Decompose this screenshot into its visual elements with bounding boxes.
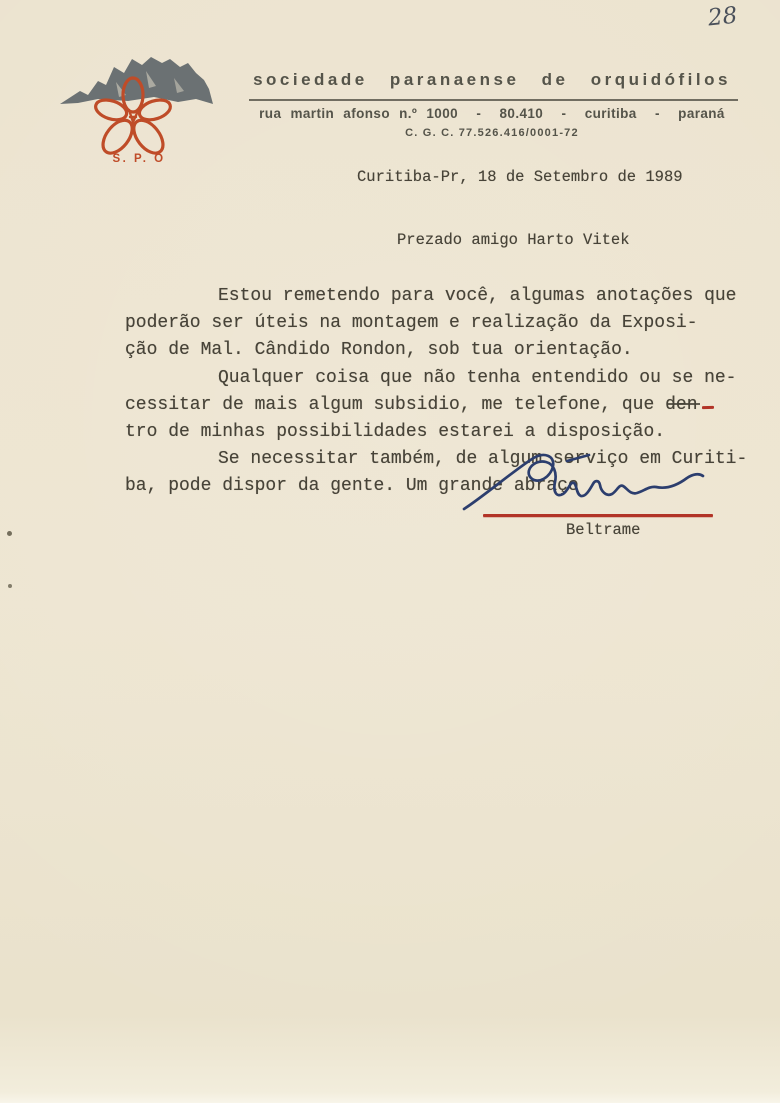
typed-signature-name: Beltrame xyxy=(566,521,640,539)
body-line: poderão ser úteis na montagem e realizaç… xyxy=(125,310,755,337)
salutation: Prezado amigo Harto Vitek xyxy=(397,231,630,249)
paper-speck xyxy=(7,531,12,536)
body-line: cessitar de mais algum subsidio, me tele… xyxy=(125,392,755,419)
handwritten-signature xyxy=(460,446,712,520)
red-hyphen-correction-mark xyxy=(702,406,714,409)
handwritten-page-number: 28 xyxy=(707,3,739,32)
letter-page: 28 S. P. O sociedade paranaense de orqui… xyxy=(0,0,780,1103)
typed-underline-mark xyxy=(667,403,700,405)
logo-acronym: S. P. O xyxy=(104,153,174,165)
signature-rule xyxy=(483,514,713,517)
letterhead-registry-number: C. G. C. 77.526.416/0001-72 xyxy=(244,127,740,139)
letterhead-rule xyxy=(249,99,738,101)
body-line: tro de minhas possibilidades estarei a d… xyxy=(125,419,755,446)
body-line: Qualquer coisa que não tenha entendido o… xyxy=(125,365,755,392)
body-line: Estou remetendo para você, algumas anota… xyxy=(125,283,755,310)
organization-name: sociedade paranaense de orquidófilos xyxy=(244,70,740,90)
dateline: Curitiba-Pr, 18 de Setembro de 1989 xyxy=(357,168,683,186)
paper-speck xyxy=(8,584,12,588)
orchid-logo-icon xyxy=(80,76,188,160)
letterhead-address: rua martin afonso n.º 1000 - 80.410 - cu… xyxy=(244,106,740,121)
body-line: ção de Mal. Cândido Rondon, sob tua orie… xyxy=(125,337,755,364)
